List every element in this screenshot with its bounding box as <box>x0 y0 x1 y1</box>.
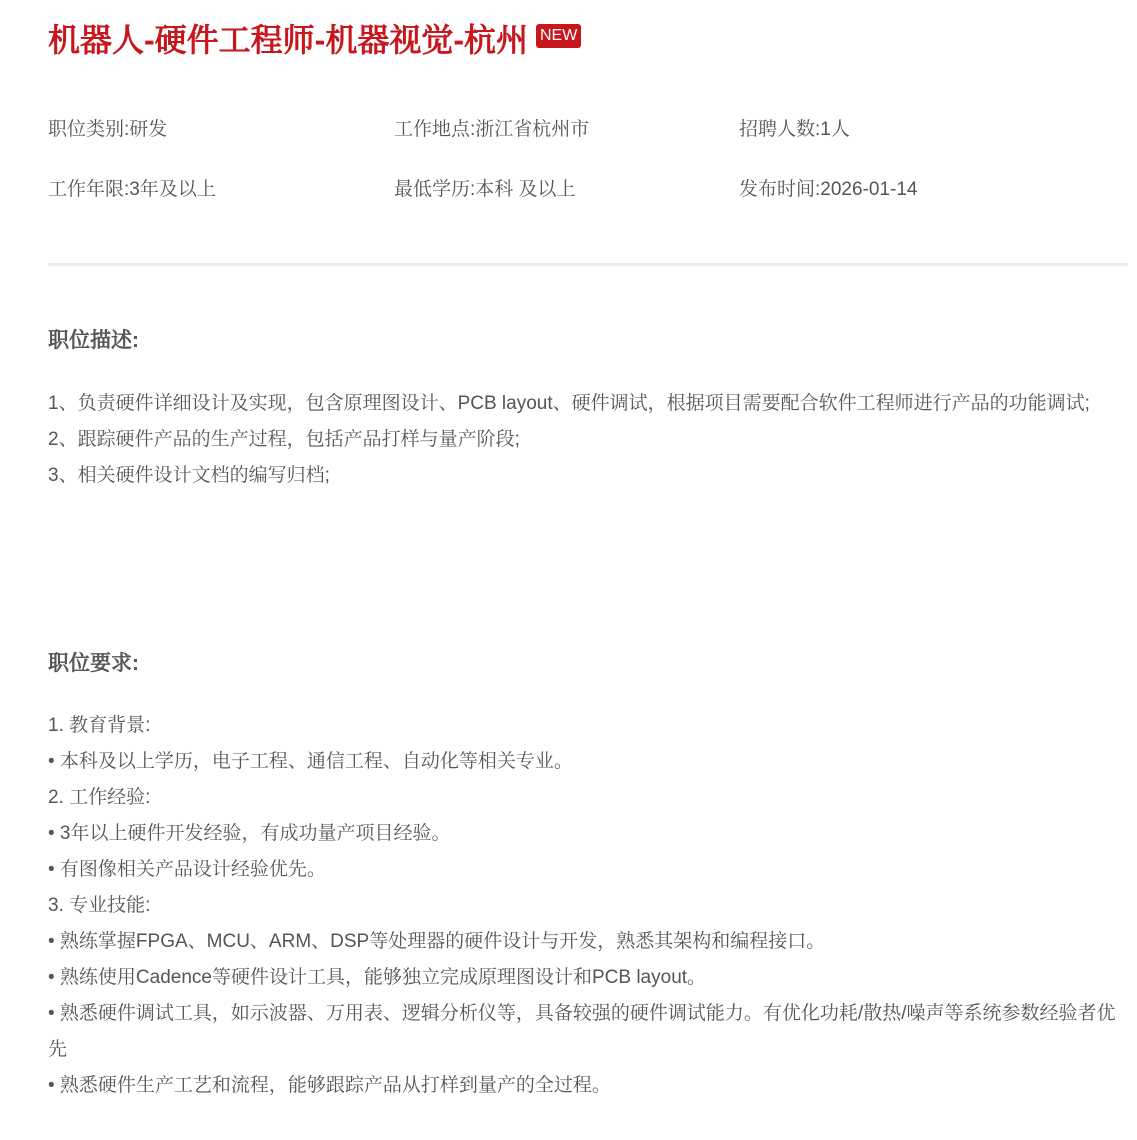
meta-min-education: 最低学历:本科 及以上 <box>394 176 576 204</box>
job-title: 机器人-硬件工程师-机器视觉-杭州 <box>48 18 528 62</box>
meta-publish-date: 发布时间:2026-01-14 <box>739 176 917 204</box>
meta-work-location: 工作地点:浙江省杭州市 <box>394 116 589 144</box>
job-meta-grid: 职位类别:研发 工作地点:浙江省杭州市 招聘人数:1人 工作年限:3年及以上 最… <box>48 116 1128 236</box>
description-line: 2、跟踪硬件产品的生产过程，包括产品打样与量产阶段; <box>48 422 1128 458</box>
description-heading: 职位描述: <box>48 326 139 356</box>
requirements-subheading-education: 1. 教育背景: <box>48 708 1128 744</box>
requirements-bullet: • 熟悉硬件生产工艺和流程，能够跟踪产品从打样到量产的全过程。 <box>48 1068 1128 1104</box>
meta-headcount: 招聘人数:1人 <box>739 116 850 144</box>
description-body: 1、负责硬件详细设计及实现，包含原理图设计、PCB layout、硬件调试，根据… <box>48 386 1128 494</box>
requirements-bullet: • 熟悉硬件调试工具，如示波器、万用表、逻辑分析仪等，具备较强的硬件调试能力。有… <box>48 996 1128 1068</box>
meta-experience-years: 工作年限:3年及以上 <box>48 176 216 204</box>
description-line: 1、负责硬件详细设计及实现，包含原理图设计、PCB layout、硬件调试，根据… <box>48 386 1128 422</box>
requirements-heading: 职位要求: <box>48 649 139 679</box>
section-divider <box>48 263 1128 266</box>
title-row: 机器人-硬件工程师-机器视觉-杭州 NEW <box>48 18 581 62</box>
requirements-bullet: • 本科及以上学历，电子工程、通信工程、自动化等相关专业。 <box>48 744 1128 780</box>
requirements-subheading-experience: 2. 工作经验: <box>48 780 1128 816</box>
meta-row-1: 职位类别:研发 工作地点:浙江省杭州市 招聘人数:1人 <box>48 116 1128 176</box>
requirements-body: 1. 教育背景: • 本科及以上学历，电子工程、通信工程、自动化等相关专业。 2… <box>48 708 1128 1104</box>
requirements-bullet: • 3年以上硬件开发经验，有成功量产项目经验。 <box>48 816 1128 852</box>
description-line: 3、相关硬件设计文档的编写归档; <box>48 458 1128 494</box>
meta-job-category: 职位类别:研发 <box>48 116 167 144</box>
new-badge: NEW <box>536 24 581 48</box>
requirements-subheading-skills: 3. 专业技能: <box>48 888 1128 924</box>
meta-row-2: 工作年限:3年及以上 最低学历:本科 及以上 发布时间:2026-01-14 <box>48 176 1128 236</box>
requirements-bullet: • 熟练使用Cadence等硬件设计工具，能够独立完成原理图设计和PCB lay… <box>48 960 1128 996</box>
requirements-bullet: • 有图像相关产品设计经验优先。 <box>48 852 1128 888</box>
requirements-bullet: • 熟练掌握FPGA、MCU、ARM、DSP等处理器的硬件设计与开发，熟悉其架构… <box>48 924 1128 960</box>
